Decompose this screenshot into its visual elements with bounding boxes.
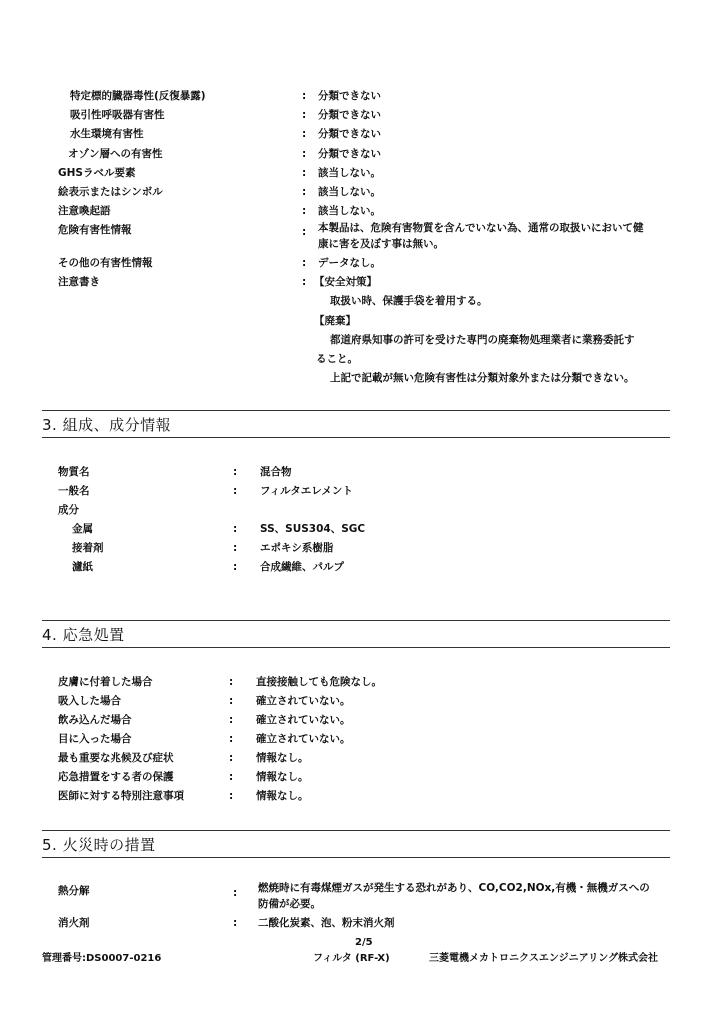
value-aspiration: 分類できない bbox=[318, 108, 381, 122]
precaution-disposal-text-cont: ること。 bbox=[316, 352, 358, 366]
label-components: 成分 bbox=[58, 503, 79, 517]
value-filter-paper: 合成繊維、パルプ bbox=[260, 560, 344, 574]
label-symptoms: 最も重要な兆候及び症状 bbox=[58, 751, 174, 765]
section-divider-bottom bbox=[42, 647, 670, 648]
value-common-name: フィルタエレメント bbox=[260, 484, 353, 498]
colon: : bbox=[302, 185, 306, 199]
label-filter-paper: 濾紙 bbox=[72, 560, 93, 574]
label-thermal-decomposition: 熱分解 bbox=[58, 884, 90, 898]
colon: : bbox=[229, 789, 233, 803]
value-extinguishing-media: 二酸化炭素、泡、粉末消火剤 bbox=[258, 916, 395, 930]
value-responder-protection: 情報なし。 bbox=[256, 770, 309, 784]
colon: : bbox=[302, 166, 306, 180]
colon: : bbox=[233, 522, 237, 536]
label-aspiration: 吸引性呼吸器有害性 bbox=[70, 108, 165, 122]
colon: : bbox=[229, 675, 233, 689]
label-pictogram: 絵表示またはシンボル bbox=[58, 185, 163, 199]
value-eye-contact: 確立されていない。 bbox=[256, 732, 351, 746]
label-ghs: GHSラベル要素 bbox=[58, 166, 135, 180]
page-number: 2/5 bbox=[355, 936, 373, 950]
section-divider-top bbox=[42, 620, 670, 621]
colon: : bbox=[302, 225, 306, 239]
label-common-name: 一般名 bbox=[58, 484, 90, 498]
value-symptoms: 情報なし。 bbox=[256, 751, 309, 765]
colon: : bbox=[302, 108, 306, 122]
section-title: 5. 火災時の措置 bbox=[42, 836, 156, 854]
section-title: 4. 応急処置 bbox=[42, 626, 125, 644]
colon: : bbox=[229, 694, 233, 708]
company-name: 三菱電機メカトロニクスエンジニアリング株式会社 bbox=[429, 952, 658, 966]
value-signal-word: 該当しない。 bbox=[318, 204, 381, 218]
colon: : bbox=[233, 916, 237, 930]
colon: : bbox=[302, 147, 306, 161]
label-inhalation: 吸入した場合 bbox=[58, 694, 121, 708]
precaution-safety-heading: 【安全対策】 bbox=[314, 275, 377, 289]
value-aquatic: 分類できない bbox=[318, 127, 381, 141]
section-divider-bottom bbox=[42, 857, 670, 858]
colon: : bbox=[302, 127, 306, 141]
colon: : bbox=[302, 275, 306, 289]
colon: : bbox=[233, 465, 237, 479]
precaution-disposal-heading: 【廃棄】 bbox=[314, 314, 356, 328]
colon: : bbox=[233, 560, 237, 574]
value-ghs: 該当しない。 bbox=[318, 166, 381, 180]
label-stot-repeated: 特定標的臓器毒性(反復暴露) bbox=[70, 89, 206, 103]
colon: : bbox=[302, 256, 306, 270]
label-metal: 金属 bbox=[72, 522, 93, 536]
value-thermal-decomposition: 燃焼時に有毒煤煙ガスが発生する恐れがあり、CO,CO2,NOx,有機・無機ガスへ… bbox=[258, 881, 650, 895]
label-responder-protection: 応急措置をする者の保護 bbox=[58, 770, 174, 784]
section-divider-bottom bbox=[42, 437, 670, 438]
value-ingestion: 確立されていない。 bbox=[256, 713, 351, 727]
section-divider-top bbox=[42, 830, 670, 831]
label-skin-contact: 皮膚に付着した場合 bbox=[58, 675, 153, 689]
control-number: 管理番号:DS0007-0216 bbox=[42, 952, 161, 966]
value-hazard-info-cont: 康に害を及ぼす事は無い。 bbox=[318, 237, 444, 251]
label-ozone: オゾン層への有害性 bbox=[68, 147, 163, 161]
colon: : bbox=[302, 89, 306, 103]
value-thermal-decomposition-cont: 防備が必要。 bbox=[258, 897, 321, 911]
label-hazard-info: 危険有害性情報 bbox=[58, 223, 132, 237]
section-title: 3. 組成、成分情報 bbox=[42, 416, 171, 434]
value-inhalation: 確立されていない。 bbox=[256, 694, 351, 708]
value-adhesive: エポキシ系樹脂 bbox=[260, 541, 333, 555]
section-divider-top bbox=[42, 410, 670, 411]
label-precautions: 注意書き bbox=[58, 275, 100, 289]
label-signal-word: 注意喚起語 bbox=[58, 204, 111, 218]
label-eye-contact: 目に入った場合 bbox=[58, 732, 132, 746]
label-substance-name: 物質名 bbox=[58, 465, 90, 479]
label-other-hazards: その他の有害性情報 bbox=[58, 256, 153, 270]
value-skin-contact: 直接接触しても危険なし。 bbox=[256, 675, 382, 689]
label-physician-notes: 医師に対する特別注意事項 bbox=[58, 789, 184, 803]
value-hazard-info: 本製品は、危険有害物質を含んでいない為、通常の取扱いにおいて健 bbox=[318, 221, 644, 235]
label-extinguishing-media: 消火剤 bbox=[58, 916, 90, 930]
value-pictogram: 該当しない。 bbox=[318, 185, 381, 199]
colon: : bbox=[233, 484, 237, 498]
colon: : bbox=[229, 713, 233, 727]
product-name: フィルタ (RF-X) bbox=[313, 952, 390, 966]
value-ozone: 分類できない bbox=[318, 147, 381, 161]
colon: : bbox=[229, 732, 233, 746]
value-substance-name: 混合物 bbox=[260, 465, 292, 479]
colon: : bbox=[233, 541, 237, 555]
label-aquatic: 水生環境有害性 bbox=[70, 127, 144, 141]
colon: : bbox=[302, 204, 306, 218]
value-metal: SS、SUS304、SGC bbox=[260, 522, 365, 536]
precaution-disposal-text: 都道府県知事の許可を受けた専門の廃棄物処理業者に業務委託す bbox=[330, 333, 635, 347]
value-other-hazards: データなし。 bbox=[318, 256, 381, 270]
colon: : bbox=[229, 770, 233, 784]
precaution-note: 上記で記載が無い危険有害性は分類対象外または分類できない。 bbox=[330, 371, 635, 385]
colon: : bbox=[233, 886, 237, 900]
precaution-safety-text: 取扱い時、保護手袋を着用する。 bbox=[330, 294, 488, 308]
value-stot-repeated: 分類できない bbox=[318, 89, 381, 103]
colon: : bbox=[229, 751, 233, 765]
label-ingestion: 飲み込んだ場合 bbox=[58, 713, 132, 727]
value-physician-notes: 情報なし。 bbox=[256, 789, 309, 803]
label-adhesive: 接着剤 bbox=[72, 541, 104, 555]
